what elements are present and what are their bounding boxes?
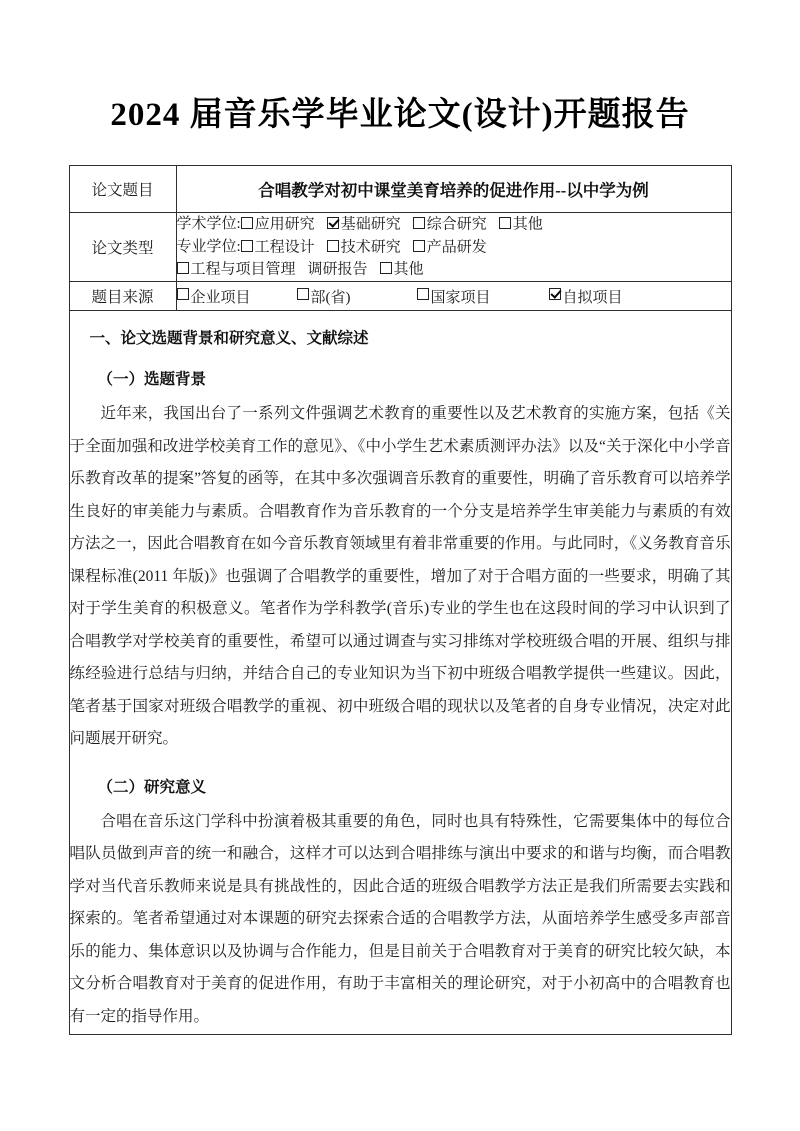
unchecked-checkbox-icon[interactable]	[380, 262, 392, 274]
checkbox-option[interactable]: 应用研究	[241, 213, 315, 236]
checkbox-option-label: 工程与项目管理	[191, 262, 296, 278]
table-row: 题目来源 企业项目部(省)国家项目自拟项目	[69, 282, 731, 311]
thesis-title-value: 合唱教学对初中课堂美育培养的促进作用--以中学为例	[176, 166, 731, 213]
unchecked-checkbox-icon[interactable]	[241, 240, 253, 252]
checkbox-option[interactable]: 综合研究	[413, 213, 487, 236]
checkbox-option-label: 自拟项目	[563, 290, 623, 306]
checkbox-option-label: 工程设计	[255, 239, 315, 255]
checkbox-option-label: 部(省)	[311, 290, 351, 306]
checkbox-option: 调研报告	[308, 258, 368, 281]
unchecked-checkbox-icon[interactable]	[327, 240, 339, 252]
topic-source-label: 题目来源	[69, 282, 176, 311]
checkbox-option[interactable]: 产品研发	[413, 236, 487, 259]
unchecked-checkbox-icon[interactable]	[413, 217, 425, 229]
unchecked-checkbox-icon[interactable]	[177, 262, 189, 274]
table-row: 一、论文选题背景和研究意义、文献综述 （一）选题背景 近年来，我国出台了一系列文…	[69, 311, 731, 1035]
section-heading: 一、论文选题背景和研究意义、文献综述	[90, 326, 731, 348]
thesis-type-label: 论文类型	[69, 213, 176, 282]
checked-checkbox-icon[interactable]	[327, 217, 339, 229]
checkbox-option-label: 综合研究	[427, 217, 487, 233]
checkbox-option[interactable]: 部(省)	[297, 286, 417, 307]
paragraph-significance: 合唱在音乐这门学科中扮演着极其重要的角色，同时也具有特殊性，它需要集体中的每位合…	[70, 806, 731, 1034]
checkbox-option-label: 调研报告	[308, 262, 368, 278]
checkbox-option[interactable]: 其他	[499, 213, 543, 236]
checkbox-option[interactable]: 其他	[380, 258, 424, 281]
proposal-form-table: 论文题目 合唱教学对初中课堂美育培养的促进作用--以中学为例 论文类型 学术学位…	[69, 165, 732, 1035]
unchecked-checkbox-icon[interactable]	[499, 217, 511, 229]
unchecked-checkbox-icon[interactable]	[413, 240, 425, 252]
thesis-title-label: 论文题目	[69, 166, 176, 213]
paragraph-background: 近年来，我国出台了一系列文件强调艺术教育的重要性以及艺术教育的实施方案，包括《关…	[70, 398, 731, 756]
checked-checkbox-icon[interactable]	[549, 288, 561, 300]
checkbox-option-label: 基础研究	[341, 217, 401, 233]
academic-degree-options: 应用研究基础研究综合研究其他	[241, 216, 543, 232]
checkbox-option-label: 国家项目	[431, 290, 491, 306]
professional-degree-line-2: 工程与项目管理调研报告其他	[177, 258, 731, 281]
checkbox-option[interactable]: 国家项目	[417, 286, 549, 307]
academic-degree-prefix: 学术学位:	[177, 216, 241, 232]
professional-degree-prefix: 专业学位:	[177, 239, 241, 255]
academic-degree-line: 学术学位:应用研究基础研究综合研究其他	[177, 213, 731, 236]
sub-heading-background: （一）选题背景	[98, 367, 731, 389]
checkbox-option[interactable]: 企业项目	[177, 286, 297, 307]
checkbox-option-label: 其他	[513, 217, 543, 233]
unchecked-checkbox-icon[interactable]	[241, 217, 253, 229]
checkbox-option-label: 技术研究	[341, 239, 401, 255]
thesis-type-cell: 学术学位:应用研究基础研究综合研究其他 专业学位:工程设计技术研究产品研发 工程…	[176, 213, 731, 282]
professional-degree-options: 工程设计技术研究产品研发	[241, 239, 487, 255]
topic-source-options: 企业项目部(省)国家项目自拟项目	[177, 286, 731, 307]
checkbox-option-label: 其他	[394, 262, 424, 278]
sub-heading-significance: （二）研究意义	[98, 775, 731, 797]
checkbox-option[interactable]: 技术研究	[327, 236, 401, 259]
document-page: 2024 届音乐学毕业论文(设计)开题报告 论文题目 合唱教学对初中课堂美育培养…	[0, 0, 800, 1131]
checkbox-option-label: 应用研究	[255, 217, 315, 233]
checkbox-option[interactable]: 工程设计	[241, 236, 315, 259]
page-title: 2024 届音乐学毕业论文(设计)开题报告	[0, 0, 800, 135]
body-cell: 一、论文选题背景和研究意义、文献综述 （一）选题背景 近年来，我国出台了一系列文…	[69, 311, 731, 1035]
checkbox-option[interactable]: 基础研究	[327, 213, 401, 236]
unchecked-checkbox-icon[interactable]	[417, 288, 429, 300]
unchecked-checkbox-icon[interactable]	[177, 288, 189, 300]
table-row: 论文类型 学术学位:应用研究基础研究综合研究其他 专业学位:工程设计技术研究产品…	[69, 213, 731, 282]
unchecked-checkbox-icon[interactable]	[297, 288, 309, 300]
checkbox-option[interactable]: 工程与项目管理	[177, 258, 296, 281]
professional-degree-line: 专业学位:工程设计技术研究产品研发	[177, 236, 731, 259]
topic-source-cell: 企业项目部(省)国家项目自拟项目	[176, 282, 731, 311]
table-row: 论文题目 合唱教学对初中课堂美育培养的促进作用--以中学为例	[69, 166, 731, 213]
checkbox-option[interactable]: 自拟项目	[549, 286, 623, 307]
professional-degree-options-2: 工程与项目管理调研报告其他	[177, 261, 424, 277]
checkbox-option-label: 企业项目	[191, 290, 251, 306]
checkbox-option-label: 产品研发	[427, 239, 487, 255]
